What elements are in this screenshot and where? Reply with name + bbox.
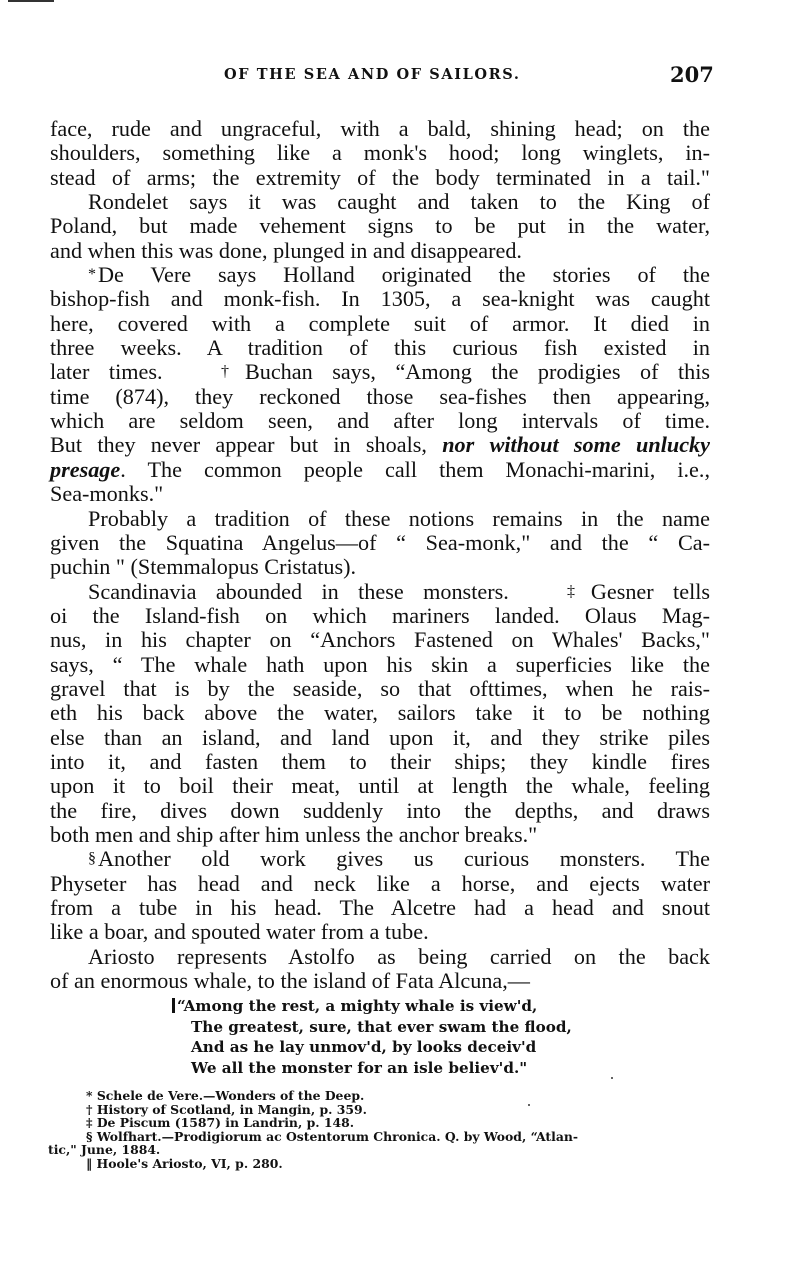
text-line: nus, in his chapter on “Anchors Fastened… (50, 628, 710, 652)
text-fragment: Another old work gives us curious monste… (98, 846, 710, 871)
text-fragment: later times. (50, 359, 163, 384)
text-fragment: . The common people call them Monachi-ma… (120, 457, 710, 482)
verse-line: “Among the rest, a mighty whale is view'… (172, 996, 572, 1017)
text-fragment: Gesner tells (591, 579, 710, 604)
text-line: But they never appear but in shoals, nor… (50, 433, 710, 457)
footnote: § Wolfhart.—Prodigiorum ac Ostentorum Ch… (48, 1130, 748, 1144)
footnote-mark-parallel (172, 998, 175, 1013)
text-line: Physeter has head and neck like a horse,… (50, 872, 710, 896)
footnote: ‡ De Piscum (1587) in Landrin, p. 148. (48, 1116, 748, 1130)
text-line: presage. The common people call them Mon… (50, 458, 710, 482)
text-fragment: Buchan says, “Among the prodigies of thi… (245, 359, 710, 384)
text-line: here, covered with a complete suit of ar… (50, 312, 710, 336)
running-title: OF THE SEA AND OF SAILORS. (224, 66, 520, 83)
text-line: shoulders, something like a monk's hood;… (50, 141, 710, 165)
text-line: Probably a tradition of these notions re… (50, 507, 710, 531)
text-line: puchin " (Stemmalopus Cristatus). (50, 555, 710, 579)
text-line: §Another old work gives us curious monst… (50, 847, 710, 871)
text-line: time (874), they reckoned those sea-fish… (50, 385, 710, 409)
footnote-text: Hoole's Ariosto, VI, p. 280. (97, 1156, 283, 1171)
footnote: ‖ Hoole's Ariosto, VI, p. 280. (48, 1157, 748, 1171)
running-head: OF THE SEA AND OF SAILORS. 207 (0, 60, 795, 90)
footnote: * Schele de Vere.—Wonders of the Deep. (48, 1089, 748, 1103)
verse-quotation: “Among the rest, a mighty whale is view'… (172, 996, 572, 1078)
text-line: three weeks. A tradition of this curious… (50, 336, 710, 360)
footnote-mark-dagger: † (221, 363, 243, 380)
footnotes: * Schele de Vere.—Wonders of the Deep. †… (48, 1089, 748, 1171)
footnote-continuation: tic," June, 1884. (48, 1143, 748, 1157)
text-line: face, rude and ungraceful, with a bald, … (50, 117, 710, 141)
text-line: bishop-fish and monk-fish. In 1305, a se… (50, 287, 710, 311)
text-line: both men and ship after him unless the a… (50, 823, 710, 847)
text-line: stead of arms; the extremity of the body… (50, 166, 710, 190)
text-line: from a tube in his head. The Alcetre had… (50, 896, 710, 920)
verse-line: We all the monster for an isle believ'd.… (172, 1058, 572, 1079)
text-line: Ariosto represents Astolfo as being carr… (50, 945, 710, 969)
text-line: given the Squatina Angelus—of “ Sea-monk… (50, 531, 710, 555)
italic-phrase: presage (50, 457, 120, 482)
text-line: eth his back above the water, sailors ta… (50, 701, 710, 725)
text-line: else than an island, and land upon it, a… (50, 726, 710, 750)
text-line: Rondelet says it was caught and taken to… (50, 190, 710, 214)
text-line: upon it to boil their meat, until at len… (50, 774, 710, 798)
verse-text: “Among the rest, a mighty whale is view'… (177, 997, 537, 1015)
verse-line: The greatest, sure, that ever swam the f… (172, 1017, 572, 1038)
text-line: and when this was done, plunged in and d… (50, 239, 710, 263)
text-line: *De Vere says Holland originated the sto… (50, 263, 710, 287)
text-line: of an enormous whale, to the island of F… (50, 969, 710, 993)
footnote: † History of Scotland, in Mangin, p. 359… (48, 1103, 748, 1117)
text-line: which are seldom seen, and after long in… (50, 409, 710, 433)
text-fragment: But they never appear but in shoals, (50, 432, 442, 457)
text-line: Poland, but made vehement signs to be pu… (50, 214, 710, 238)
text-line: Scandinavia abounded in these monsters. … (50, 580, 710, 604)
text-line: like a boar, and spouted water from a tu… (50, 920, 710, 944)
scan-speck (611, 1077, 613, 1079)
body-text: face, rude and ungraceful, with a bald, … (50, 117, 710, 993)
text-line: into it, and fasten them to their ships;… (50, 750, 710, 774)
text-line: the fire, dives down suddenly into the d… (50, 799, 710, 823)
scan-edge-mark (8, 0, 54, 2)
text-line: oi the Island-fish on which mariners lan… (50, 604, 710, 628)
text-fragment: De Vere says Holland originated the stor… (98, 262, 710, 287)
text-line: says, “ The whale hath upon his skin a s… (50, 653, 710, 677)
footnote-mark-section: § (88, 850, 96, 867)
footnote-mark: ‖ (86, 1156, 92, 1171)
italic-phrase: nor without some unlucky (442, 432, 710, 457)
text-fragment: Scandinavia abounded in these monsters. (88, 579, 509, 604)
text-line: Sea-monks." (50, 482, 710, 506)
footnote-mark-asterisk: * (88, 266, 96, 283)
footnote-mark-double-dagger: ‡ (567, 583, 589, 600)
text-line: gravel that is by the seaside, so that o… (50, 677, 710, 701)
footnote-text: Wolfhart.—Prodigiorum ac Ostentorum Chro… (97, 1129, 578, 1144)
text-line: later times. †Buchan says, “Among the pr… (50, 360, 710, 384)
verse-line: And as he lay unmov'd, by looks deceiv'd (172, 1037, 572, 1058)
page-number: 207 (670, 62, 714, 87)
